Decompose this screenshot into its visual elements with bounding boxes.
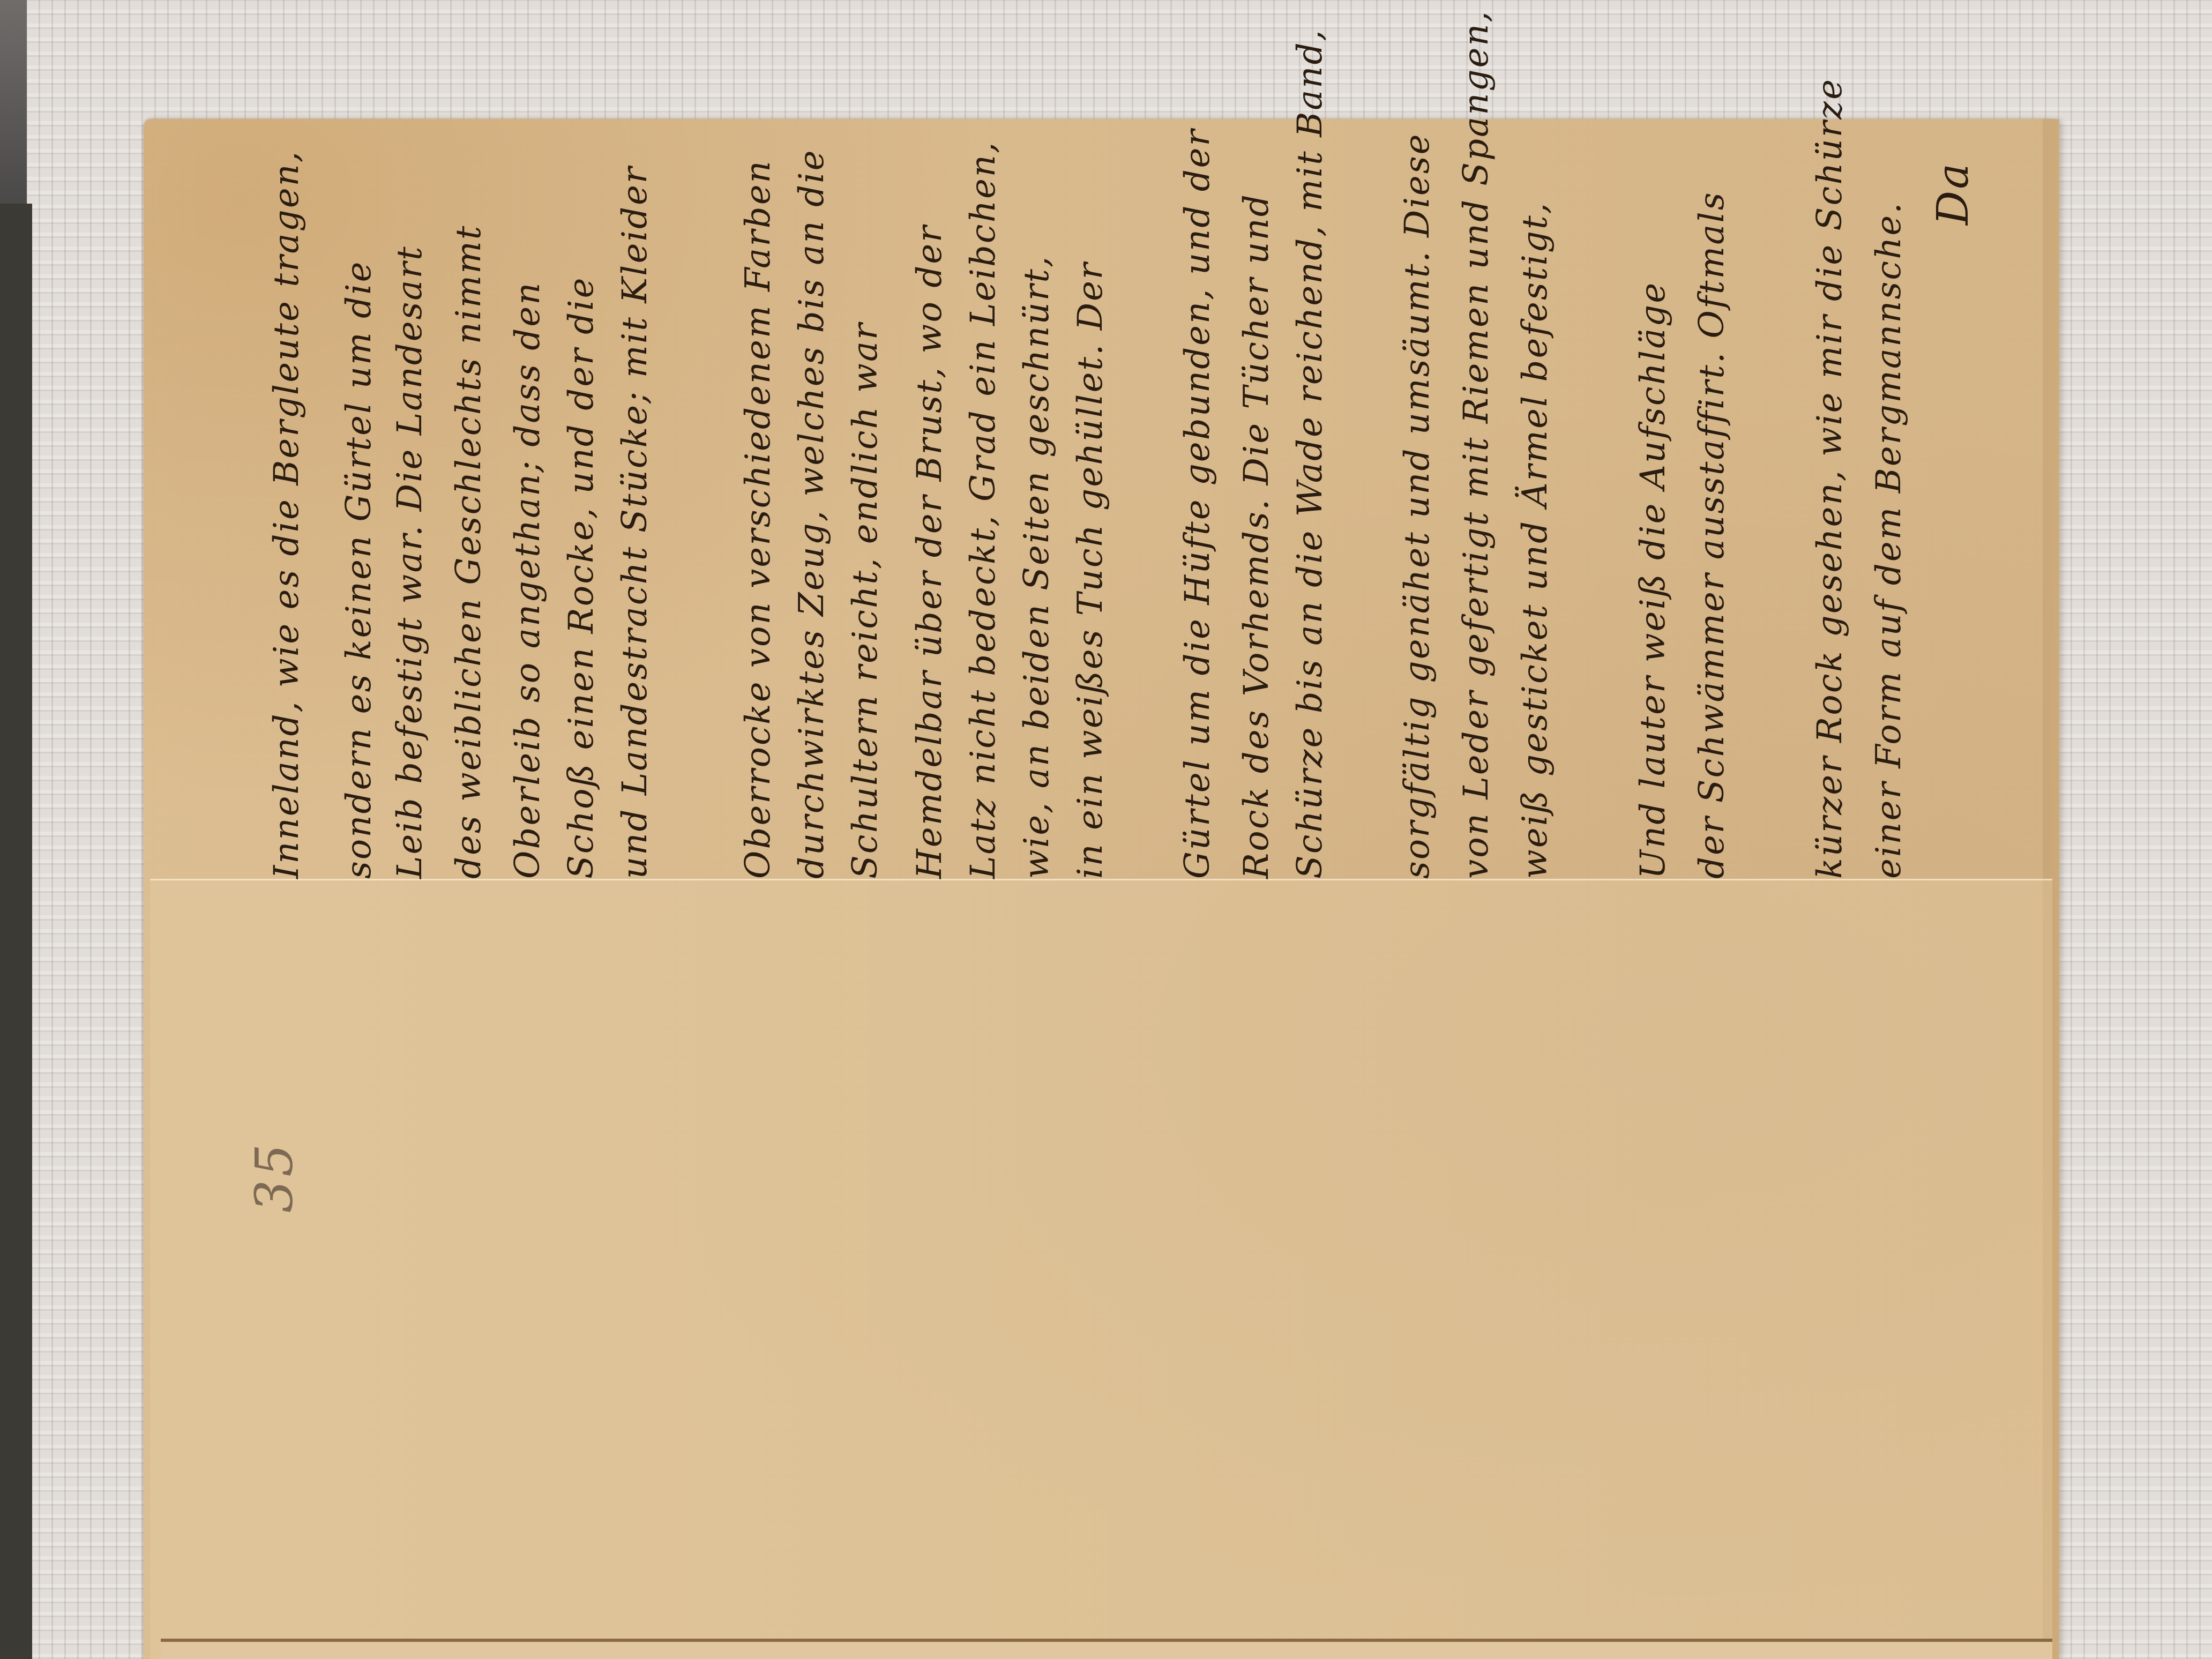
text-line: einer Form auf dem Bergmannsche. (1865, 201, 1913, 879)
text-line: Rock des Vorhemds. Die Tücher und (1232, 193, 1281, 879)
text-line: Oberleib so angethan; dass den (504, 281, 552, 879)
text-line: Und lauter weiß die Aufschläge (1629, 281, 1677, 879)
text-line: Schoß einen Rocke, und der die (557, 276, 606, 879)
text-line: Schultern reicht, endlich war (841, 322, 890, 879)
table-edge (0, 204, 32, 1659)
catchword: Da (1929, 162, 1977, 225)
text-line: Oberrocke von verschiedenem Farben (734, 159, 782, 879)
text-line: sorgfältig genähet und umsäumt. Diese (1393, 133, 1441, 879)
underlying-page-strip (161, 1642, 2052, 1659)
text-line: Schürze bis an die Wade reichend, mit Ba… (1286, 28, 1334, 879)
text-line: sondern es keinen Gürtel um die (335, 260, 383, 879)
text-line: in ein weißes Tuch gehüllet. Der (1066, 261, 1115, 879)
text-line: des weiblichen Geschlechts nimmt (445, 224, 493, 879)
text-line: Leib befestigt war. Die Landesart (386, 245, 434, 879)
text-line: Inneland, wie es die Bergleute tragen, (263, 150, 311, 879)
fold-crease-lower-half (150, 879, 2052, 1659)
text-line: kürzer Rock gesehen, wie mir die Schürze (1806, 78, 1854, 879)
text-line: und Landestracht Stücke; mit Kleider (611, 166, 659, 879)
text-line: durchwirktes Zeug, welches bis an die (788, 149, 836, 879)
text-line: weiß gesticket und Ärmel befestigt, (1511, 201, 1559, 879)
text-line: Latz nicht bedeckt, Grad ein Leibchen, (959, 141, 1007, 879)
text-line: der Schwämmer ausstaffirt. Oftmals (1688, 191, 1736, 879)
text-line: Hemdelbar über der Brust, wo der (906, 224, 954, 879)
text-line: wie, an beiden Seiten geschnürt, (1013, 255, 1061, 879)
page-number: 35 (244, 1141, 304, 1213)
text-line: von Leder gefertigt mit Riemen und Spang… (1452, 10, 1500, 879)
background-object (0, 0, 27, 204)
text-line: Gürtel um die Hüfte gebunden, und der (1174, 128, 1222, 879)
